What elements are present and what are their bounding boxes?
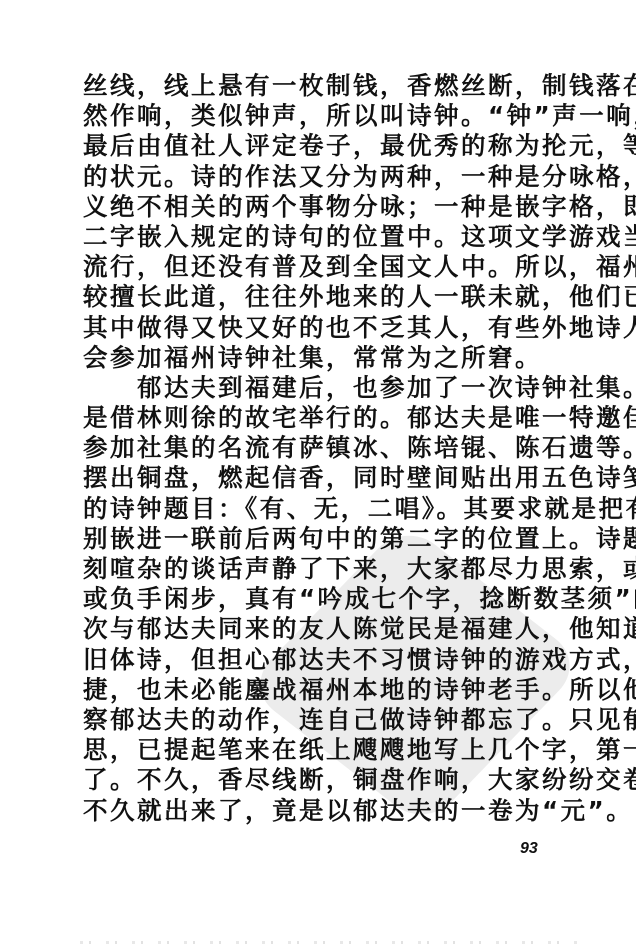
text-line: 的诗钟题目：《有、无，二唱》。其要求就是把有与无二字分 [83, 494, 570, 524]
text-line: 流行，但还没有普及到全国文人中。所以，福州的诗人们比 [83, 252, 570, 282]
text-line: 了。不久，香尽线断，铜盘作响，大家纷纷交卷。评定结果 [83, 765, 570, 795]
text-line: 次与郁达夫同来的友人陈觉民是福建人，他知道郁达夫擅长 [83, 614, 570, 644]
text-line: 然作响，类似钟声，所以叫诗钟。“钟”声一响，必须交卷。 [83, 101, 570, 131]
text-line: 义绝不相关的两个事物分咏；一种是嵌字格，即把规定好的 [83, 192, 570, 222]
text-line: 别嵌进一联前后两句中的第二字的位置上。诗题贴出后，立 [83, 524, 570, 554]
text-line: 捷，也未必能鏖战福州本地的诗钟老手。所以他就很注意观 [83, 675, 570, 705]
page-number: 93 [520, 840, 538, 858]
paragraph-2: 郁达夫到福建后，也参加了一次诗钟社集。那一次社集 是借林则徐的故宅举行的。郁达夫… [83, 373, 573, 826]
text-line: 会参加福州诗钟社集，常常为之所窘。 [83, 343, 570, 373]
text-line: 最后由值社人评定卷子，最优秀的称为抡元，等于科举时代 [83, 131, 570, 161]
text-line: 二字嵌入规定的诗句的位置中。这项文学游戏当时在福州很 [83, 222, 570, 252]
page-body-text: 丝线，线上悬有一枚制钱，香燃丝断，制钱落在铜盘上，铿 然作响，类似钟声，所以叫诗… [83, 71, 573, 826]
text-line: 的状元。诗的作法又分为两种，一种是分咏格，即任意取意 [83, 162, 570, 192]
text-line: 不久就出来了，竟是以郁达夫的一卷为“元”。 [83, 796, 570, 826]
text-line: 其中做得又快又好的也不乏其人，有些外地诗人以偶然的机 [83, 313, 570, 343]
scan-artifact-strip [80, 941, 580, 944]
text-line: 或负手闲步，真有“吟成七个字，捻断数茎须”的气氛。这 [83, 584, 570, 614]
text-line-indented: 郁达夫到福建后，也参加了一次诗钟社集。那一次社集 [83, 373, 570, 403]
paragraph-1: 丝线，线上悬有一枚制钱，香燃丝断，制钱落在铜盘上，铿 然作响，类似钟声，所以叫诗… [83, 71, 573, 373]
text-line: 较擅长此道，往往外地来的人一联未就，他们已二联交卷了， [83, 282, 570, 312]
text-line: 丝线，线上悬有一枚制钱，香燃丝断，制钱落在铜盘上，铿 [83, 71, 570, 101]
text-line: 是借林则徐的故宅举行的。郁达夫是唯一特邀佳宾，其他 [83, 403, 570, 433]
text-line: 旧体诗，但担心郁达夫不习惯诗钟的游戏方式，纵然诗才敏 [83, 645, 570, 675]
text-line: 察郁达夫的动作，连自己做诗钟都忘了。只见郁达夫略一沉 [83, 705, 570, 735]
text-line: 刻喧杂的谈话声静了下来，大家都尽力思索，或正襟危坐， [83, 554, 570, 584]
text-line: 思，已提起笔来在纸上飕飕地写上几个字，第一个上去交卷 [83, 735, 570, 765]
text-line: 参加社集的名流有萨镇冰、陈培锟、陈石遗等。诗会开始， [83, 433, 570, 463]
text-line: 摆出铜盘，燃起信香，同时壁间贴出用五色诗笺写的这一集 [83, 463, 570, 493]
